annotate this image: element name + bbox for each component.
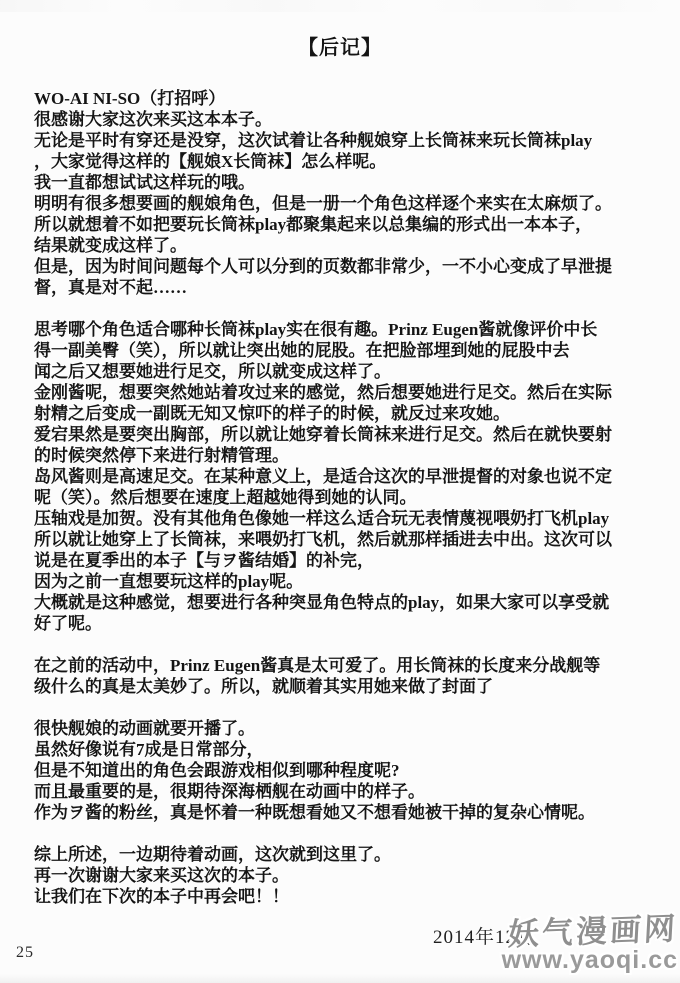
- afterword-paragraph-greeting: WO-AI NI-SO（打招呼） 很感谢大家这次来买这本本子。 无论是平时有穿还…: [34, 88, 662, 298]
- afterword-paragraph-cover: 在之前的活动中，Prinz Eugen酱真是太可爱了。用长筒袜的长度来分战舰等 …: [34, 655, 662, 697]
- page-number: 25: [16, 944, 34, 962]
- afterword-paragraph-characters: 思考哪个角色适合哪种长筒袜play实在很有趣。Prinz Eugen酱就像评价中…: [34, 319, 662, 634]
- afterword-page: 【后记】 WO-AI NI-SO（打招呼） 很感谢大家这次来买这本本子。 无论是…: [0, 0, 680, 983]
- afterword-paragraph-anime: 很快舰娘的动画就要开播了。 虽然好像说有7成是日常部分， 但是不知道出的角色会跟…: [34, 718, 662, 823]
- watermark-site-name: 妖气漫画网: [507, 913, 679, 950]
- scan-artifact-top: [0, 0, 680, 12]
- site-watermark: 妖气漫画网 www.yaoqi.cc: [502, 916, 678, 973]
- scan-artifact-bottom: [0, 974, 680, 983]
- afterword-body: WO-AI NI-SO（打招呼） 很感谢大家这次来买这本本子。 无论是平时有穿还…: [0, 88, 680, 907]
- afterword-paragraph-closing: 综上所述，一边期待着动画，这次就到这里了。 再一次谢谢大家来买这次的本子。 让我…: [34, 844, 662, 907]
- watermark-site-url: www.yaoqi.cc: [502, 948, 678, 973]
